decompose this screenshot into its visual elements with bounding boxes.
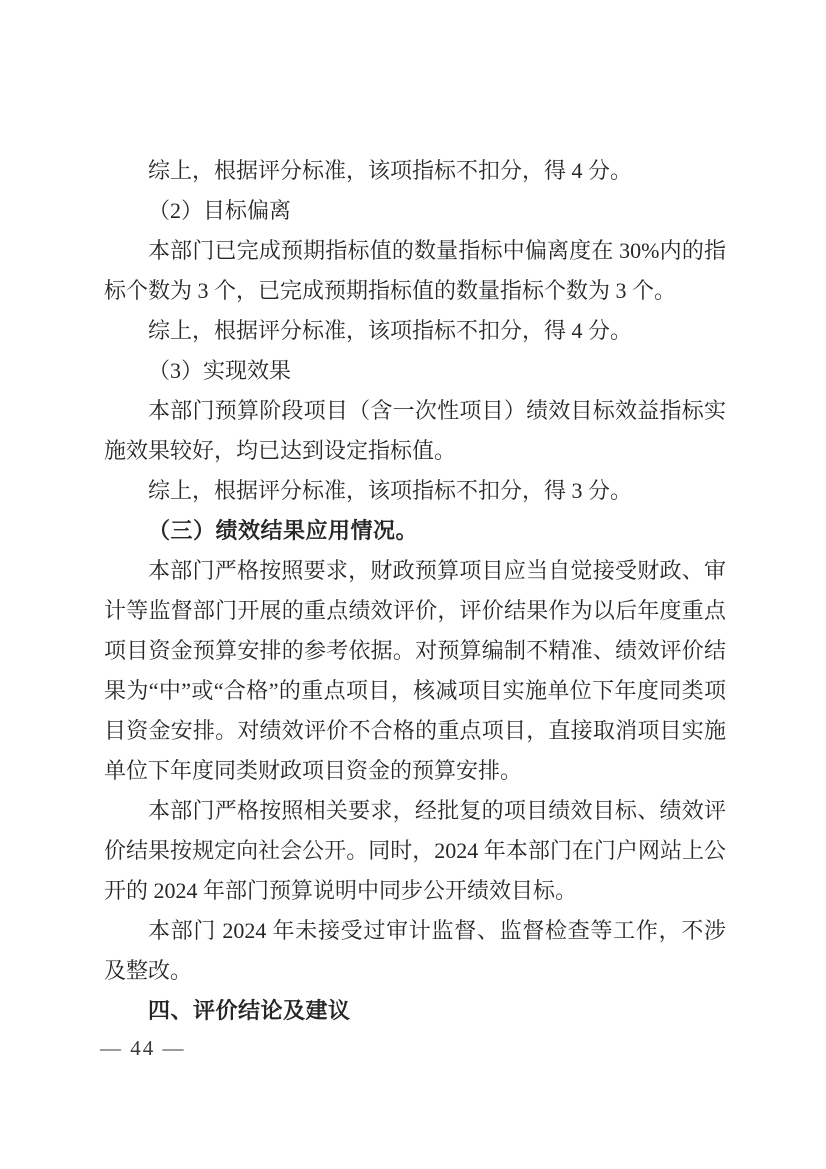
paragraph-goal-deviation-detail: 本部门已完成预期指标值的数量指标中偏离度在 30%内的指标个数为 3 个，已完成… [104,231,726,311]
subheading-achieved-effect: （3）实现效果 [104,351,726,391]
paragraph-score-summary-2: 综上，根据评分标准，该项指标不扣分，得 4 分。 [104,311,726,351]
page-number: — 44 — [100,1034,186,1062]
document-page: 综上，根据评分标准，该项指标不扣分，得 4 分。 （2）目标偏离 本部门已完成预… [0,0,826,1169]
paragraph-achieved-effect-detail: 本部门预算阶段项目（含一次性项目）绩效目标效益指标实施效果较好，均已达到设定指标… [104,391,726,471]
paragraph-result-application-1: 本部门严格按照要求，财政预算项目应当自觉接受财政、审计等监督部门开展的重点绩效评… [104,551,726,791]
paragraph-audit-status: 本部门 2024 年未接受过审计监督、监督检查等工作，不涉及整改。 [104,911,726,991]
paragraph-score-summary-3: 综上，根据评分标准，该项指标不扣分，得 3 分。 [104,471,726,511]
paragraph-score-summary-1: 综上，根据评分标准，该项指标不扣分，得 4 分。 [104,151,726,191]
paragraph-result-application-2: 本部门严格按照相关要求，经批复的项目绩效目标、绩效评价结果按规定向社会公开。同时… [104,791,726,911]
section-heading-result-application: （三）绩效结果应用情况。 [104,511,726,551]
page-content: 综上，根据评分标准，该项指标不扣分，得 4 分。 （2）目标偏离 本部门已完成预… [104,151,726,1031]
section-heading-conclusion: 四、评价结论及建议 [104,991,726,1031]
subheading-goal-deviation: （2）目标偏离 [104,191,726,231]
